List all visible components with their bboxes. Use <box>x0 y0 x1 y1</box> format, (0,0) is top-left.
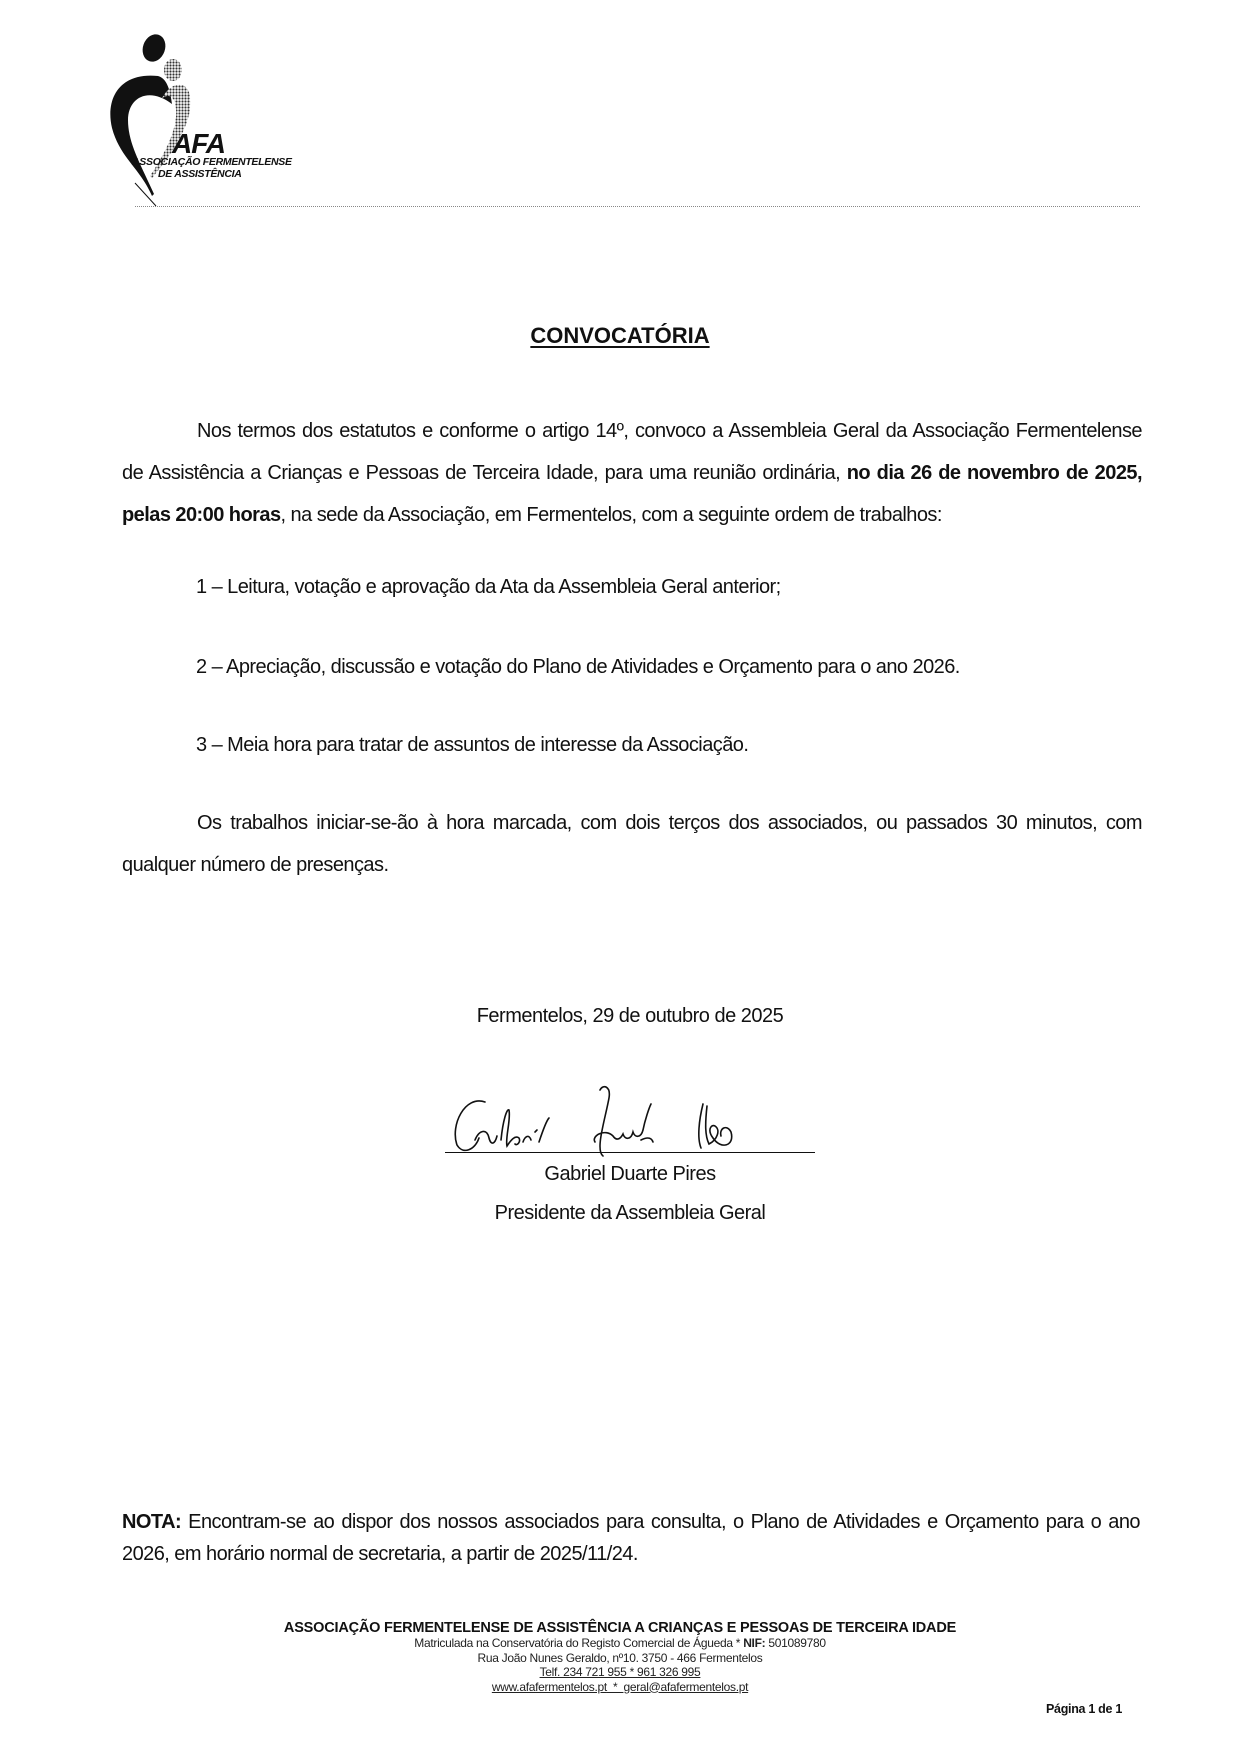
place-date: Fermentelos, 29 de outubro de 2025 <box>430 1005 830 1028</box>
heart-family-logo-icon <box>100 28 330 208</box>
footer-registry: Matriculada na Conservatória do Registo … <box>0 1636 1240 1651</box>
nif-value: 501089780 <box>765 1636 825 1650</box>
footer-phone: Telf. 234 721 955 * 961 326 995 <box>0 1665 1240 1680</box>
header-divider <box>135 206 1140 207</box>
website-link[interactable]: www.afafermentelos.pt <box>492 1680 607 1694</box>
closing-paragraph: Os trabalhos iniciar-se-ão à hora marcad… <box>122 802 1142 886</box>
footer: ASSOCIAÇÃO FERMENTELENSE DE ASSISTÊNCIA … <box>0 1620 1240 1694</box>
signature-line <box>445 1152 815 1153</box>
signatory-name: Gabriel Duarte Pires <box>430 1163 830 1186</box>
footer-address: Rua João Nunes Geraldo, nº10. 3750 - 466… <box>0 1651 1240 1666</box>
nota-paragraph: NOTA: Encontram-se ao dispor dos nossos … <box>122 1506 1140 1570</box>
signature <box>445 1080 825 1170</box>
email-link[interactable]: geral@afafermentelos.pt <box>623 1680 748 1694</box>
agenda-item: 1 – Leitura, votação e aprovação da Ata … <box>196 576 781 599</box>
footer-web-email: www.afafermentelos.pt * geral@afaferment… <box>0 1680 1240 1695</box>
afa-logo: AFA ASSOCIAÇÃO FERMENTELENSE DE ASSISTÊN… <box>100 28 330 208</box>
footer-org-name: ASSOCIAÇÃO FERMENTELENSE DE ASSISTÊNCIA … <box>0 1620 1240 1636</box>
signatory-role: Presidente da Assembleia Geral <box>430 1202 830 1225</box>
intro-paragraph: Nos termos dos estatutos e conforme o ar… <box>122 410 1142 536</box>
agenda-item: 3 – Meia hora para tratar de assuntos de… <box>196 734 748 757</box>
page-number: Página 1 de 1 <box>1046 1702 1122 1716</box>
nota-label: NOTA: <box>122 1511 181 1533</box>
agenda-item: 2 – Apreciação, discussão e votação do P… <box>196 656 960 679</box>
document-title: CONVOCATÓRIA <box>0 323 1240 349</box>
logo-line-1: ASSOCIAÇÃO FERMENTELENSE <box>132 156 292 168</box>
handwritten-signature-icon <box>445 1080 825 1170</box>
logo-line-2: DE ASSISTÊNCIA <box>158 168 242 180</box>
